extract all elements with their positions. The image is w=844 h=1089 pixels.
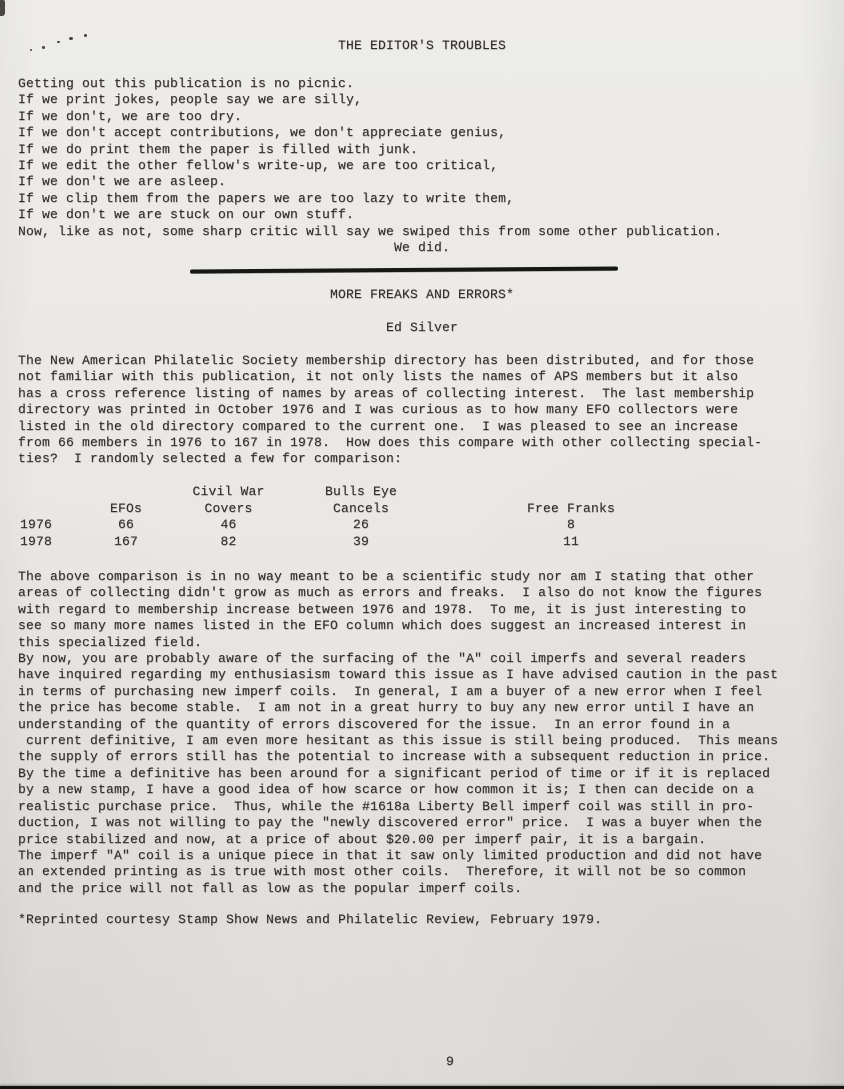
footnote: *Reprinted courtesy Stamp Show News and … xyxy=(18,912,602,928)
column-header: EFOs xyxy=(76,501,176,518)
table-cell: 46 xyxy=(176,517,281,534)
column-header xyxy=(76,484,176,501)
editors-troubles-poem: Getting out this publication is no picni… xyxy=(18,76,722,240)
table-cell: 39 xyxy=(281,534,441,551)
comparison-table: Civil WarBulls EyeEFOsCoversCancelsFree … xyxy=(10,484,701,550)
scan-edge-mark xyxy=(0,0,5,16)
table-cell: 8 xyxy=(441,517,701,534)
section-divider xyxy=(190,267,618,274)
table-cell: 1978 xyxy=(10,534,76,551)
article-body-paragraphs: The above comparison is in no way meant … xyxy=(18,569,778,897)
article-title-more-freaks: MORE FREAKS AND ERRORS* xyxy=(0,287,844,303)
column-header xyxy=(10,501,76,518)
article-intro-paragraph: The New American Philatelic Society memb… xyxy=(18,353,762,468)
column-header: Bulls Eye xyxy=(281,484,441,501)
table-cell: 82 xyxy=(176,534,281,551)
table-cell: 66 xyxy=(76,517,176,534)
column-header: Covers xyxy=(176,501,281,518)
scanned-page: THE EDITOR'S TROUBLES Getting out this p… xyxy=(0,0,844,1089)
table-row: 1978167823911 xyxy=(10,534,701,551)
table-cell: 1976 xyxy=(10,517,76,534)
column-header xyxy=(441,484,701,501)
article-title-editors-troubles: THE EDITOR'S TROUBLES xyxy=(0,38,844,54)
table-header-row: EFOsCoversCancelsFree Franks xyxy=(10,501,701,518)
column-header: Free Franks xyxy=(441,501,701,518)
table-header-row: Civil WarBulls Eye xyxy=(10,484,701,501)
table-cell: 167 xyxy=(76,534,176,551)
ink-speck xyxy=(84,34,87,37)
column-header xyxy=(10,484,76,501)
article-author: Ed Silver xyxy=(0,320,844,336)
table-cell: 26 xyxy=(281,517,441,534)
page-number: 9 xyxy=(28,1054,844,1070)
table-cell: 11 xyxy=(441,534,701,551)
poem-closing-line: We did. xyxy=(0,240,844,256)
table-row: 19766646268 xyxy=(10,517,701,534)
column-header: Cancels xyxy=(281,501,441,518)
column-header: Civil War xyxy=(176,484,281,501)
